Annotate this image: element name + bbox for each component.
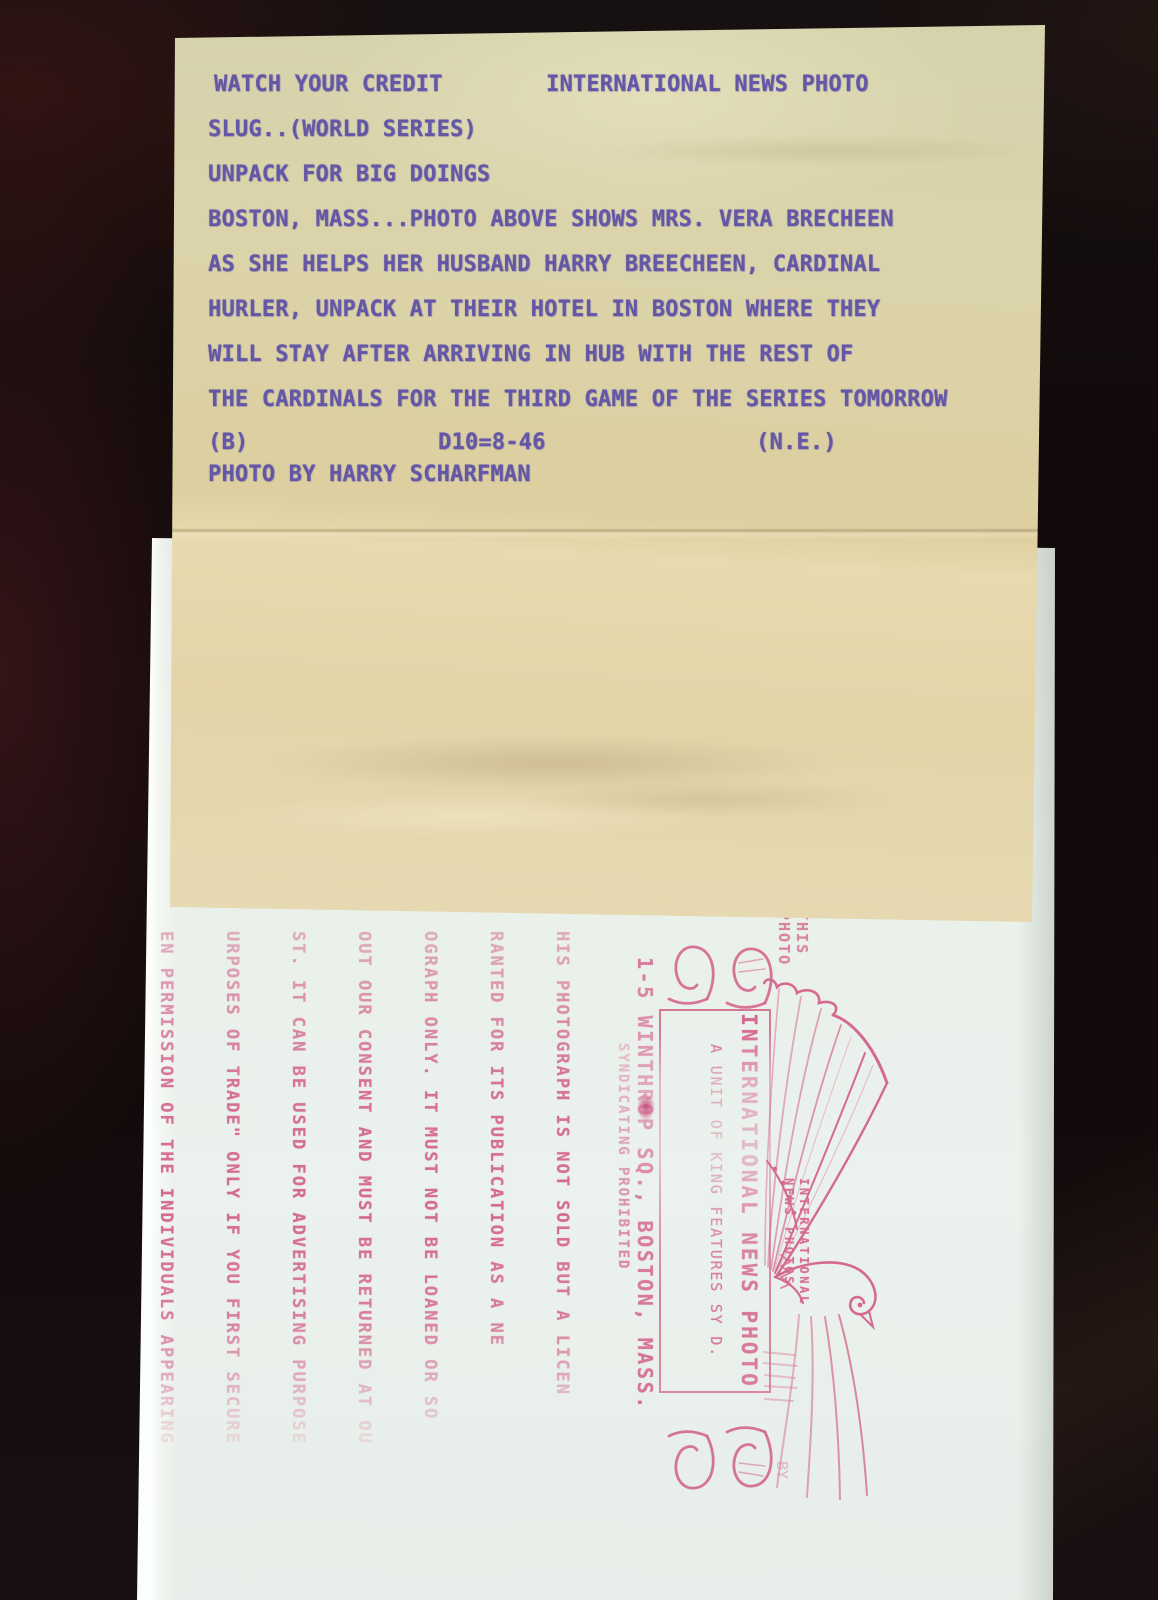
stamp-address: 1-5 WINTHROP SQ., BOSTON, MASS.	[633, 957, 657, 1411]
stamp-legal-line: ST. IT CAN BE USED FOR ADVERTISING PURPO…	[287, 931, 309, 1445]
photo-back-scan: BY THISPHOTO INTERNATIONALNEWS PHOTOS	[0, 0, 1158, 1600]
caption-line: WILL STAY AFTER ARRIVING IN HUB WITH THE…	[208, 342, 853, 368]
region-code-label: (N.E.)	[756, 430, 837, 455]
caption-line: HURLER, UNPACK AT THEIR HOTEL IN BOSTON …	[208, 297, 880, 323]
caption-line: UNPACK FOR BIG DOINGS	[208, 162, 490, 188]
stamp-eagle-caption: INTERNATIONALNEWS PHOTOS	[781, 1178, 811, 1306]
stamp-this-photo-label: THISPHOTO	[775, 911, 811, 966]
stamp-legal-text: HIS PHOTOGRAPH IS NOT SOLD BUT A LICEN R…	[111, 931, 617, 1445]
caption-line: BOSTON, MASS...PHOTO ABOVE SHOWS MRS. VE…	[208, 207, 894, 233]
inp-rubber-stamp: BY THISPHOTO INTERNATIONALNEWS PHOTOS	[465, 925, 895, 1510]
caption-header: WATCH YOUR CREDIT INTERNATIONAL NEWS PHO…	[208, 72, 316, 98]
stamp-legal-line: URPOSES OF TRADE" ONLY IF YOU FIRST SECU…	[221, 931, 243, 1445]
stamp-legal-line: OUT OUR CONSENT AND MUST BE RETURNED AT …	[353, 931, 375, 1445]
stamp-syndicating-label: SYNDICATING PROHIBITED	[615, 1043, 631, 1270]
stamp-banner-title: INTERNATIONAL NEWS PHOTO	[737, 1011, 761, 1391]
stamp-legal-line: HIS PHOTOGRAPH IS NOT SOLD BUT A LICEN	[551, 931, 573, 1445]
agency-name-label: INTERNATIONAL NEWS PHOTO	[546, 72, 869, 97]
stamp-banner-subtitle: A UNIT OF KING FEATURES SY D.	[707, 1011, 725, 1391]
banner-scroll-curl-icon	[655, 925, 777, 1017]
stamp-legal-line: RANTED FOR ITS PUBLICATION AS A NE	[485, 931, 507, 1445]
date-code-label: D10=8-46	[438, 430, 546, 455]
stamp-banner: INTERNATIONAL NEWS PHOTO A UNIT OF KING …	[655, 925, 777, 1510]
edition-code-label: (B)	[208, 430, 248, 455]
photographer-credit-label: PHOTO BY HARRY SCHARFMAN	[208, 462, 531, 488]
caption-line: AS SHE HELPS HER HUSBAND HARRY BREECHEEN…	[208, 252, 880, 278]
stamp-legal-line: EN PERMISSION OF THE INDIVIDUALS APPEARI…	[155, 931, 177, 1445]
banner-scroll-curl-icon	[655, 1418, 777, 1510]
watch-your-credit-label: WATCH YOUR CREDIT	[214, 72, 443, 97]
caption-line: THE CARDINALS FOR THE THIRD GAME OF THE …	[208, 387, 947, 413]
caption-footer: (B) D10=8-46 (N.E.)	[208, 430, 316, 456]
caption-sheet: WATCH YOUR CREDIT INTERNATIONAL NEWS PHO…	[168, 25, 1048, 925]
typewritten-caption: WATCH YOUR CREDIT INTERNATIONAL NEWS PHO…	[208, 72, 1028, 372]
stamp-banner-box: INTERNATIONAL NEWS PHOTO A UNIT OF KING …	[659, 1009, 771, 1393]
caption-line: SLUG..(WORLD SERIES)	[208, 117, 477, 143]
ink-blob	[637, 1093, 655, 1121]
stamp-legal-line: OGRAPH ONLY. IT MUST NOT BE LOANED OR SO	[419, 931, 441, 1445]
